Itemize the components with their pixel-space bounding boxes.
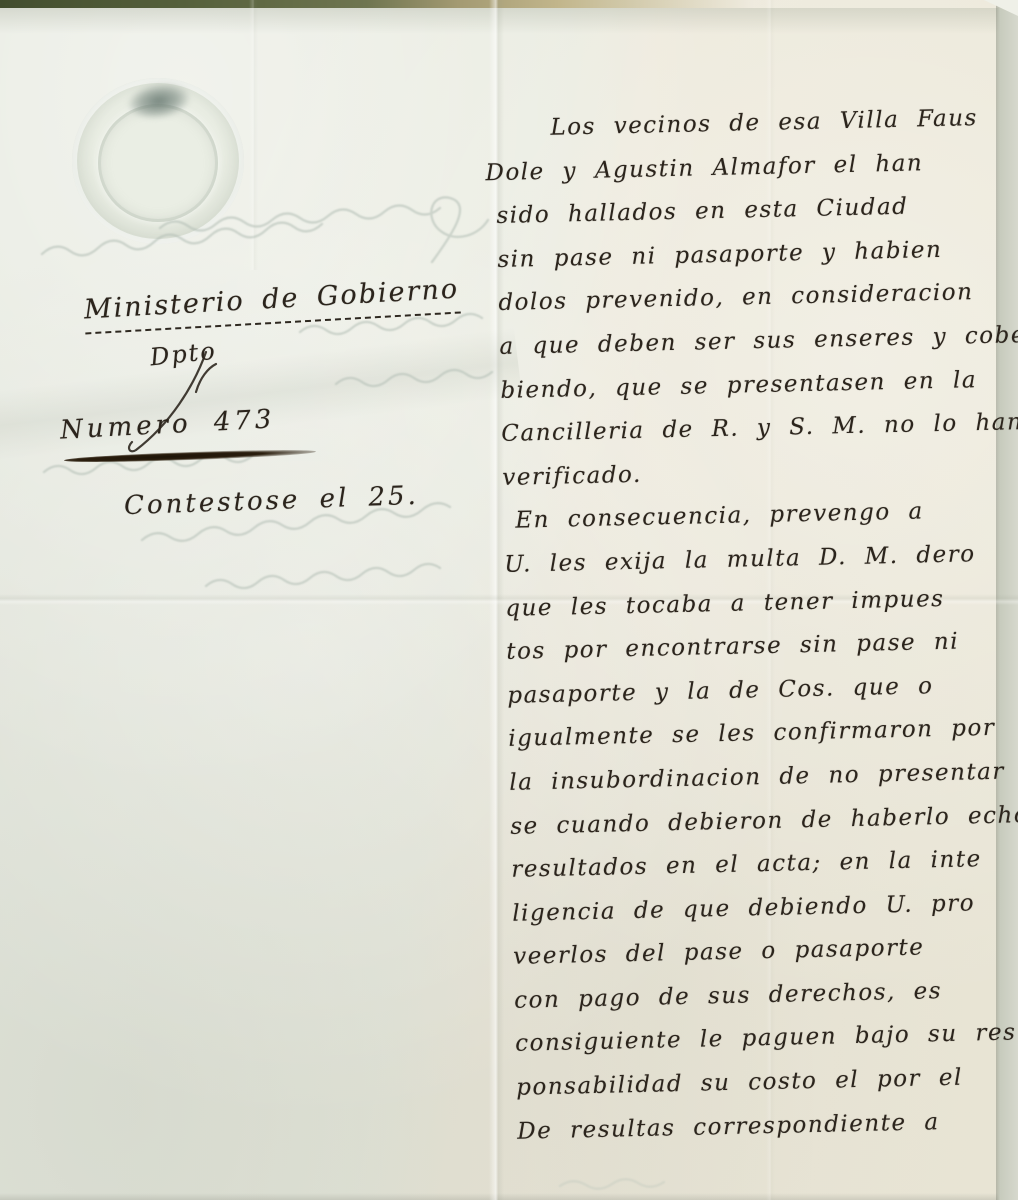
embossed-seal — [72, 78, 244, 244]
scanned-letter-page: Ministerio de Gobierno Dpto Numero 473 C… — [0, 0, 1018, 1200]
scan-top-edge — [0, 0, 1018, 8]
letter-body: Los vecinos de esa Villa FausDole y Agus… — [494, 96, 1018, 1154]
top-edge-shadow — [0, 8, 1018, 34]
seal-inner-ring — [98, 104, 218, 222]
page-corner — [984, 0, 1018, 16]
bottom-edge-shadow — [0, 1193, 1018, 1200]
vertical-fold-crease-left — [249, 0, 258, 270]
